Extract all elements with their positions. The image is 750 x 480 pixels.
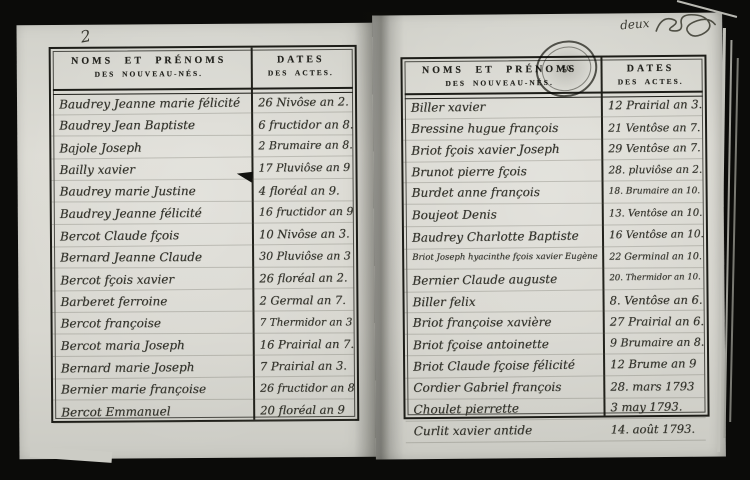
date-cell: 12 Brume an 9 (603, 357, 705, 372)
date-cell: 8. Ventôse an 6. (603, 292, 705, 307)
name-cell: Biller xavier (403, 99, 601, 115)
date-cell: 26 floréal an 2. (252, 270, 354, 285)
date-cell: 30 Pluviôse an 3 (252, 249, 354, 262)
name-cell: Barberet ferroine (52, 293, 252, 308)
name-cell: Bernard marie Joseph (53, 359, 253, 375)
name-cell: Bressine hugue françois (403, 121, 601, 136)
stamp-value: 50 (561, 63, 573, 75)
name-cell: Bailly xavier (51, 161, 251, 176)
date-cell: 16 Ventôse an 10. (602, 228, 704, 241)
name-cell: Bercot Claude fçois (52, 227, 252, 243)
register-row: Curlit xavier antide 14. août 1793. (406, 419, 706, 443)
right-register-rows: Biller xavier 12 Prairial an 3. Bressine… (403, 95, 706, 443)
register-row: Bajole Joseph 2 Brumaire an 8. (51, 134, 353, 159)
register-row: Bercot françoise 7 Thermidor an 3 (53, 311, 355, 334)
name-cell: Baudrey Charlotte Baptiste (404, 228, 602, 244)
name-cell: Briot Claude fçoise félicité (405, 358, 603, 374)
name-cell: Briot Joseph hyacinthe fçois xavier Eugè… (404, 252, 602, 263)
register-row: Briot Claude fçoise félicité 12 Brume an… (405, 353, 705, 378)
register-row: Bercot maria Joseph 16 Prairial an 7. (53, 333, 355, 357)
date-cell: 14. août 1793. (604, 422, 706, 437)
name-cell: Baudrey Jeanne félicité (52, 205, 252, 220)
page-number-mark: 2 (79, 26, 92, 47)
dates-title: DATES (598, 63, 702, 75)
date-cell: 20. Thermidor an 10. (602, 272, 704, 283)
name-cell: Bajole Joseph (51, 139, 251, 155)
name-cell: Boujeot Denis (404, 207, 602, 223)
register-row: Barberet ferroine 2 Germal an 7. (52, 289, 354, 313)
register-row: Bernard Jeanne Claude 30 Pluviôse an 3 (52, 245, 354, 268)
date-cell: 4 floréal an 9. (252, 183, 354, 197)
register-row: Baudrey Jeanne félicité 16 fructidor an … (52, 201, 354, 225)
register-row: Baudrey marie Justine 4 floréal an 9. (52, 179, 354, 202)
name-cell: Brunot pierre fçois (403, 164, 601, 180)
date-cell: 6 fructidor an 8. (251, 117, 353, 131)
register-row: Choulet pierrette 3 may 1793. (405, 396, 705, 421)
name-cell: Briot fçois xavier Joseph (403, 142, 601, 158)
paraph-flourish-icon (653, 9, 719, 48)
name-cell: Baudrey marie Justine (52, 183, 252, 198)
date-cell: 16 Prairial an 7. (253, 336, 355, 351)
date-cell: 10 Nivôse an 3. (252, 226, 354, 241)
register-row: Bernier marie françoise 26 fructidor an … (53, 377, 355, 400)
name-cell: Bercot maria Joseph (53, 337, 253, 352)
date-cell: 29 Ventôse an 7. (601, 141, 703, 155)
date-cell: 2 Germal an 7. (252, 292, 354, 307)
name-cell: Briot françoise xavière (405, 315, 603, 330)
ink-blot-icon (236, 170, 253, 183)
name-cell: Bercot Emmanuel (53, 403, 253, 419)
dates-subtitle: DES ACTES. (599, 77, 703, 87)
dates-column-header: DATES DES ACTES. (249, 54, 353, 78)
dates-column-header: DATES DES ACTES. (598, 63, 702, 87)
names-subtitle: DES NOUVEAU-NÉS. (49, 69, 249, 79)
date-cell: 18. Brumaire an 10. (602, 187, 704, 198)
register-row: Bernard marie Joseph 7 Prairial an 3. (53, 354, 355, 379)
register-row: Brunot pierre fçois 28. pluviôse an 2. (403, 159, 703, 183)
name-cell: Bernier marie françoise (53, 381, 253, 396)
name-cell: Biller felix (405, 293, 603, 309)
date-cell: 13. Ventôse an 10. (602, 207, 704, 219)
dates-subtitle: DES ACTES. (249, 68, 353, 78)
name-cell: Choulet pierrette (405, 401, 603, 417)
date-cell: 2 Brumaire an 8. (251, 138, 353, 152)
left-page: 2 NOMS ET PRÉNOMS DES NOUVEAU-NÉS. DATES… (16, 23, 377, 459)
date-cell: 26 Nivôse an 2. (251, 94, 353, 109)
date-cell: 28. mars 1793 (603, 379, 705, 394)
folio-annotation: deux (620, 9, 720, 48)
register-row: Baudrey Jeanne marie félicité 26 Nivôse … (51, 90, 353, 115)
date-cell: 27 Prairial an 6. (603, 314, 705, 329)
name-cell: Bercot fçois xavier (52, 271, 252, 287)
register-row: Briot françoise xavière 27 Prairial an 6… (405, 311, 705, 334)
date-cell: 20 floréal an 9 (253, 402, 355, 417)
date-cell: 21 Ventôse an 7. (601, 121, 703, 135)
register-row: Bercot Emmanuel 20 floréal an 9 (53, 398, 355, 423)
name-cell: Cordier Gabriel françois (405, 380, 603, 395)
right-page: deux NOMS ET PRÉNOMS DES NOUVEAU-NÉS. DA… (372, 12, 726, 459)
register-row: Baudrey Charlotte Baptiste 16 Ventôse an… (404, 224, 704, 249)
register-row: Baudrey Jean Baptiste 6 fructidor an 8. (51, 113, 353, 136)
register-row: Cordier Gabriel françois 28. mars 1793 (405, 376, 705, 399)
register-scan: 2 NOMS ET PRÉNOMS DES NOUVEAU-NÉS. DATES… (0, 0, 750, 480)
date-cell: 3 may 1793. (603, 400, 705, 415)
register-row: Bercot Claude fçois 10 Nivôse an 3. (52, 222, 354, 247)
name-cell: Curlit xavier antide (406, 423, 604, 439)
date-cell: 26 fructidor an 8 (253, 381, 355, 394)
date-cell: 7 Thermidor an 3 (253, 316, 355, 328)
folio-word: deux (620, 16, 650, 32)
names-column-header: NOMS ET PRÉNOMS DES NOUVEAU-NÉS. (49, 55, 249, 79)
date-cell: 28. pluviôse an 2. (601, 164, 703, 177)
name-cell: Bernard Jeanne Claude (52, 249, 252, 264)
register-row: Bressine hugue françois 21 Ventôse an 7. (403, 117, 703, 140)
names-title: NOMS ET PRÉNOMS (49, 55, 249, 67)
register-row: Biller felix 8. Ventôse an 6. (404, 289, 704, 313)
date-cell: 17 Pluviôse an 9 (251, 161, 353, 175)
date-cell: 16 fructidor an 9 (252, 205, 354, 219)
register-row: Biller xavier 12 Prairial an 3. (403, 94, 703, 119)
name-cell: Briot fçoise antoinette (405, 336, 603, 352)
name-cell: Baudrey Jeanne marie félicité (51, 95, 251, 111)
date-cell: 22 Germinal an 10. (602, 251, 704, 263)
name-cell: Bercot françoise (53, 315, 253, 330)
register-row: Briot Joseph hyacinthe fçois xavier Eugè… (404, 246, 704, 269)
register-row: Burdet anne françois 18. Brumaire an 10. (404, 181, 704, 204)
left-register-rows: Baudrey Jeanne marie félicité 26 Nivôse … (51, 91, 355, 423)
register-row: Bercot fçois xavier 26 floréal an 2. (52, 266, 354, 291)
date-cell: 7 Prairial an 3. (253, 358, 355, 373)
name-cell: Burdet anne françois (404, 185, 602, 200)
dates-title: DATES (249, 54, 353, 66)
register-row: Boujeot Denis 13. Ventôse an 10. (404, 203, 704, 227)
name-cell: Bernier Claude auguste (404, 271, 602, 287)
date-cell: 9 Brumaire an 8. (603, 336, 705, 350)
register-row: Bailly xavier 17 Pluviôse an 9 (51, 157, 353, 181)
name-cell: Baudrey Jean Baptiste (51, 117, 251, 132)
register-row: Bernier Claude auguste 20. Thermidor an … (404, 267, 704, 292)
register-row: Briot fçois xavier Joseph 29 Ventôse an … (403, 137, 703, 162)
date-cell: 12 Prairial an 3. (601, 97, 703, 112)
